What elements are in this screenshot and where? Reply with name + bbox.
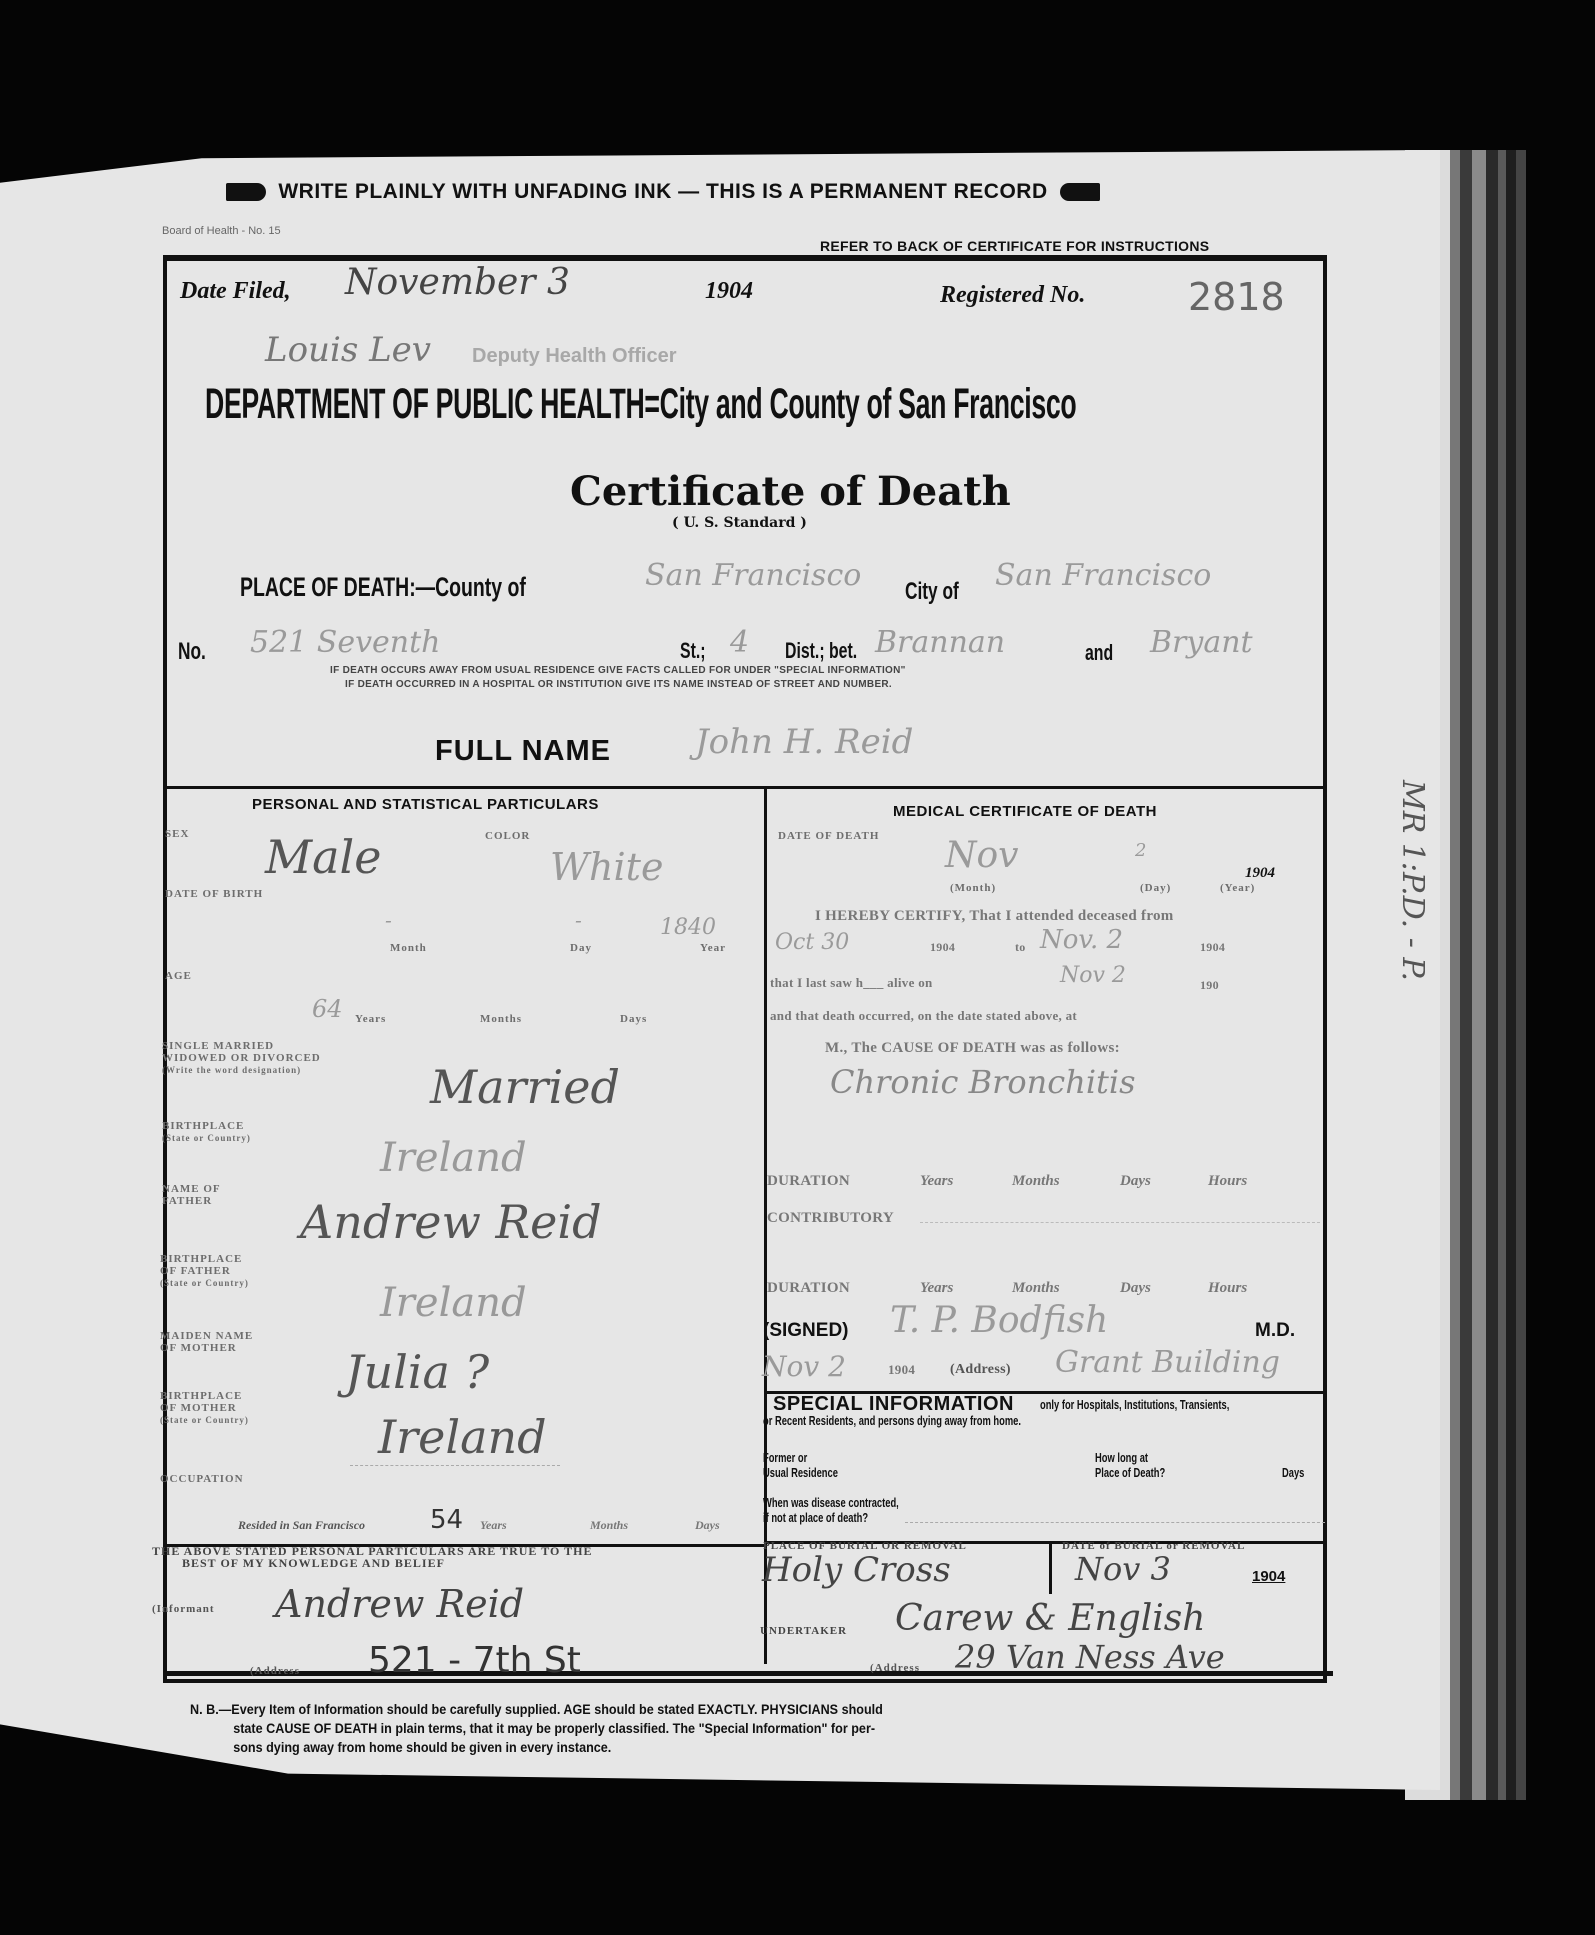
father-label-line: NAME OF [162,1183,221,1195]
sex-label: SEX [165,828,189,840]
duration-2-days-label: Days [1120,1280,1151,1297]
contracted-label-line: When was disease contracted, [763,1495,899,1510]
how-long-label-line: Place of Death? [1095,1465,1165,1480]
last-saw-label: that I last saw h___ alive on [770,975,933,991]
birthplace-label-line: BIRTHPLACE [162,1120,251,1132]
resided-years-label: Years [480,1518,507,1533]
duration-2-months-label: Months [1012,1280,1060,1297]
page-edge [1472,150,1486,1800]
physician-address-value: Grant Building [1055,1345,1280,1380]
registered-label: Registered No. [940,282,1085,309]
age-years-label: Years [355,1013,386,1025]
occurred-line: and that death occurred, on the date sta… [770,1008,1077,1024]
page-edge [1516,150,1526,1800]
death-year: 1904 [1245,865,1275,882]
how-long-label-line: How long at [1095,1450,1165,1465]
duration-days-label: Days [1120,1173,1151,1190]
resided-days-label: Days [695,1518,720,1533]
to-label: to [1015,940,1026,955]
footnote-line: sons dying away from home should be give… [190,1738,1180,1757]
mother-birthplace-label-line: (State or Country) [160,1414,249,1426]
last-saw-year: 190 [1200,978,1219,993]
father-value: Andrew Reid [300,1195,602,1249]
banner: WRITE PLAINLY WITH UNFADING INK — THIS I… [220,180,1106,204]
filed-year: 1904 [705,278,753,305]
duration-months-label: Months [1012,1173,1060,1190]
county-value: San Francisco [645,558,861,593]
and-label: and [1085,640,1113,666]
marital-label-line: SINGLE MARRIED [162,1040,321,1052]
dob-day-label: Day [570,942,592,954]
resided-months-label: Months [590,1518,628,1533]
date-filed-label: Date Filed, [180,278,291,305]
page-edge [1486,150,1498,1800]
former-residence-label-line: Former or [763,1450,838,1465]
age-value: 64 [312,995,343,1023]
contracted-label-line: if not at place of death? [763,1510,899,1525]
undertaker-address-label: (Address [870,1662,920,1674]
date-filed-value: November 3 [345,262,570,303]
between-street-2: Bryant [1150,625,1253,660]
duration-2-years-label: Years [920,1280,953,1297]
residence-note: IF DEATH OCCURS AWAY FROM USUAL RESIDENC… [330,665,906,676]
contributory-value [920,1222,1320,1223]
contributory-label: CONTRIBUTORY [767,1210,894,1227]
undertaker-value: Carew & English [895,1598,1205,1639]
mother-label-line: OF MOTHER [160,1342,253,1354]
how-long-days-label: Days [1282,1465,1304,1480]
color-value: White [550,845,663,889]
death-day-label: (Day) [1140,882,1171,894]
refer-note: REFER TO BACK OF CERTIFICATE FOR INSTRUC… [820,238,1209,254]
divider [1049,1544,1052,1594]
page-edge [1506,150,1516,1800]
pointing-hand-icon [226,183,266,201]
marital-value: Married [430,1060,620,1114]
informant-address-value: 521 - 7th St [368,1640,581,1681]
former-residence-label-line: Usual Residence [763,1465,838,1480]
signed-label: (SIGNED) [763,1320,849,1342]
dob-month-label: Month [390,942,427,954]
burial-date-value: Nov 3 [1075,1550,1171,1588]
street-number-value: 521 Seventh [250,625,441,660]
death-month-label: (Month) [950,882,996,894]
color-label: COLOR [485,830,530,842]
burial-year: 1904 [1252,1568,1285,1585]
footnote: N. B.—Every Item of Information should b… [190,1700,1180,1757]
sex-value: Male [265,830,381,884]
personal-heading: PERSONAL AND STATISTICAL PARTICULARS [252,796,599,813]
age-label: AGE [165,970,192,982]
attended-from: Oct 30 [775,930,849,955]
cause-line: M., The CAUSE OF DEATH was as follows: [825,1040,1120,1057]
attended-to-year: 1904 [1200,940,1225,955]
undertaker-label: UNDERTAKER [760,1625,847,1637]
contracted-label: When was disease contracted, if not at p… [763,1495,899,1525]
informant-statement: THE ABOVE STATED PERSONAL PARTICULARS AR… [152,1545,592,1569]
mother-birthplace-value: Ireland [378,1410,547,1464]
death-date-label: DATE OF DEATH [778,830,879,842]
dob-day: - [575,908,582,932]
informant-statement-line: BEST OF MY KNOWLEDGE AND BELIEF [152,1557,592,1569]
dob-month: - [385,908,392,932]
mother-birthplace-label: BIRTHPLACE OF MOTHER (State or Country) [160,1390,249,1426]
dob-year-label: Year [700,942,726,954]
attended-to: Nov. 2 [1040,925,1123,955]
contracted-value [905,1522,1325,1523]
cause-value: Chronic Bronchitis [830,1063,1136,1101]
birthplace-label: BIRTHPLACE (State or Country) [162,1120,251,1144]
full-name-label: FULL NAME [435,735,611,768]
father-label-line: FATHER [162,1195,221,1207]
certify-line: I HEREBY CERTIFY, That I attended deceas… [815,908,1174,925]
standard-subtitle: ( U. S. Standard ) [672,515,807,531]
death-year-label: (Year) [1220,882,1255,894]
father-birthplace-label-line: BIRTHPLACE [160,1253,249,1265]
officer-label: Deputy Health Officer [472,345,676,368]
page-edge [1450,150,1460,1800]
age-months-label: Months [480,1013,522,1025]
occupation-value [350,1465,560,1466]
signed-date: Nov 2 [762,1350,846,1383]
father-birthplace-label-line: (State or Country) [160,1277,249,1289]
informant-label: (Informant [152,1603,215,1615]
resided-years-value: 54 [430,1505,463,1535]
attended-from-year: 1904 [930,940,955,955]
page-edge [1498,150,1506,1800]
death-day: 2 [1135,840,1146,861]
physician-address-label: (Address) [950,1362,1011,1378]
burial-place-value: Holy Cross [762,1550,951,1590]
officer-signature: Louis Lev [265,330,431,370]
place-of-death-label: PLACE OF DEATH:—County of [240,572,526,603]
informant-address-label: (Address [250,1665,300,1677]
duration-years-label: Years [920,1173,953,1190]
banner-text: WRITE PLAINLY WITH UNFADING INK — THIS I… [278,180,1047,203]
birthplace-value: Ireland [380,1135,527,1181]
st-label: St.; [680,638,706,664]
duration-2-label: DURATION [767,1280,850,1297]
resided-label: Resided in San Francisco [238,1518,365,1533]
special-heading-note: only for Hospitals, Institutions, Transi… [1040,1397,1229,1412]
printer-line: Board of Health - No. 15 [162,225,281,237]
dob-label: DATE OF BIRTH [165,888,263,900]
divider [167,786,1327,789]
how-long-label: How long at Place of Death? [1095,1450,1165,1480]
marital-label-line: (Write the word designation) [162,1064,321,1076]
marital-label-line: WIDOWED OR DIVORCED [162,1052,321,1064]
margin-note: MR 1:P.D. - P. [1395,780,1430,981]
physician-signature: T. P. Bodfish [890,1300,1108,1341]
duration-2-hours-label: Hours [1208,1280,1247,1297]
mother-label-line: MAIDEN NAME [160,1330,253,1342]
special-heading-note-2: or Recent Residents, and persons dying a… [763,1413,1021,1428]
no-label: No. [178,638,206,666]
city-label: City of [905,578,959,606]
occupation-label: OCCUPATION [160,1473,244,1485]
medical-heading: MEDICAL CERTIFICATE OF DEATH [893,803,1157,820]
dob-year: 1840 [660,915,716,940]
between-street-1: Brannan [875,625,1005,660]
ward-value: 4 [730,625,749,660]
registered-number: 2818 [1188,275,1285,319]
certificate-title: Certificate of Death [570,468,1011,515]
footnote-line: state CAUSE OF DEATH in plain terms, tha… [190,1719,1180,1738]
md-label: M.D. [1255,1320,1295,1342]
former-residence-label: Former or Usual Residence [763,1450,838,1480]
mother-value: Julia ? [345,1345,489,1399]
undertaker-address-value: 29 Van Ness Ave [955,1638,1225,1676]
death-month: Nov [945,835,1019,876]
informant-value: Andrew Reid [275,1582,524,1626]
hospital-note: IF DEATH OCCURRED IN A HOSPITAL OR INSTI… [345,679,892,690]
pointing-hand-icon [1060,183,1100,201]
father-birthplace-label: BIRTHPLACE OF FATHER (State or Country) [160,1253,249,1289]
duration-label: DURATION [767,1173,850,1190]
marital-label: SINGLE MARRIED WIDOWED OR DIVORCED (Writ… [162,1040,321,1076]
father-birthplace-label-line: OF FATHER [160,1265,249,1277]
age-days-label: Days [620,1013,647,1025]
city-value: San Francisco [995,558,1211,593]
last-saw-value: Nov 2 [1060,963,1126,988]
page-edge [1460,150,1472,1800]
father-birthplace-value: Ireland [380,1280,527,1326]
signed-year: 1904 [888,1362,915,1378]
mother-label: MAIDEN NAME OF MOTHER [160,1330,253,1354]
dist-label: Dist.; bet. [785,638,857,664]
full-name-value: John H. Reid [695,722,913,762]
footnote-line: N. B.—Every Item of Information should b… [190,1700,1180,1719]
mother-birthplace-label-line: OF MOTHER [160,1402,249,1414]
birthplace-label-line: (State or Country) [162,1132,251,1144]
duration-hours-label: Hours [1208,1173,1247,1190]
father-label: NAME OF FATHER [162,1183,221,1207]
mother-birthplace-label-line: BIRTHPLACE [160,1390,249,1402]
department-title: DEPARTMENT OF PUBLIC HEALTH=City and Cou… [205,380,1076,429]
